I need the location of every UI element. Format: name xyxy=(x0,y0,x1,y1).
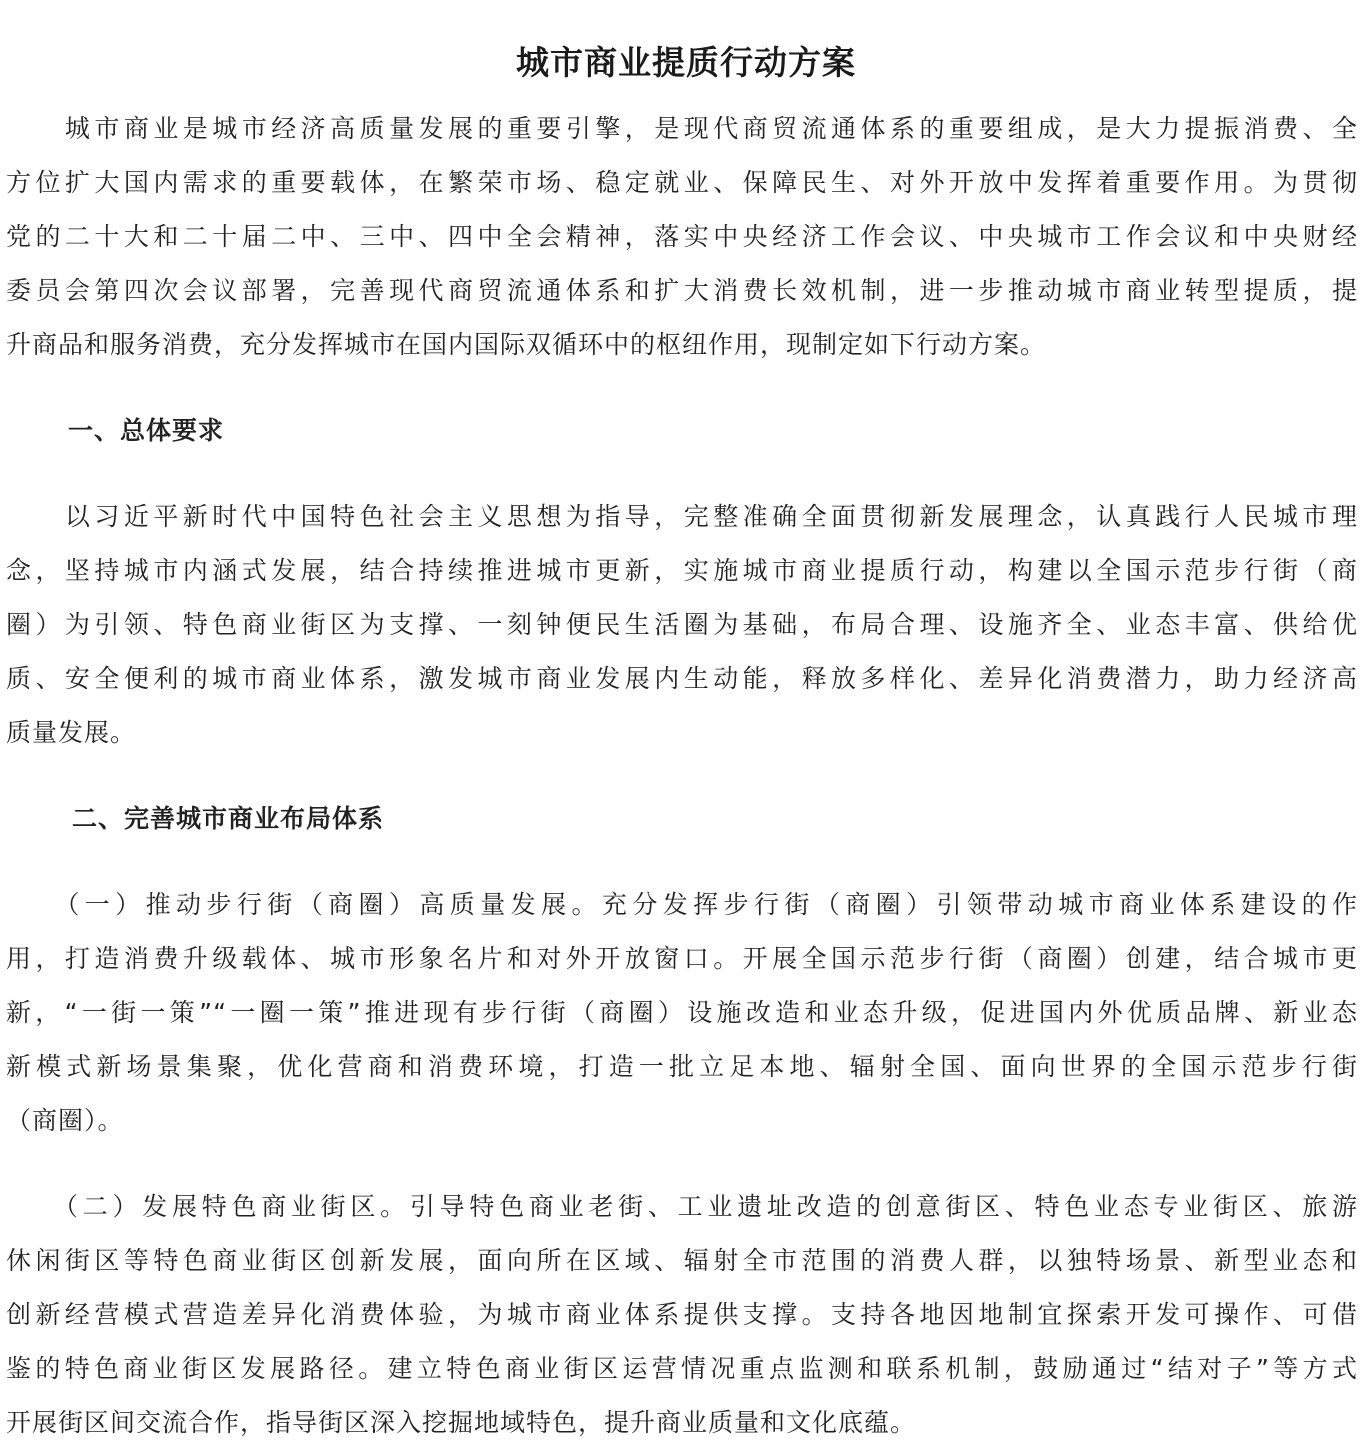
paragraph-line: 新，“一街一策”“一圈一策”推进现有步行街（商圈）设施改造和业态升级，促进国内外… xyxy=(6,986,1358,1040)
paragraph-line: 质、安全便利的城市商业体系，激发城市商业发展内生动能，释放多样化、差异化消费潜力… xyxy=(6,652,1358,706)
featured-commercial-district-paragraph: （二）发展特色商业街区。引导特色商业老街、工业遗址改造的创意街区、特色业态专业街… xyxy=(6,1180,1358,1450)
paragraph-line: 以习近平新时代中国特色社会主义思想为指导，完整准确全面贯彻新发展理念，认真践行人… xyxy=(6,490,1358,544)
paragraph-line: 用，打造消费升级载体、城市形象名片和对外开放窗口。开展全国示范步行街（商圈）创建… xyxy=(6,932,1358,986)
paragraph-line: 圈）为引领、特色商业街区为支撑、一刻钟便民生活圈为基础，布局合理、设施齐全、业态… xyxy=(6,598,1358,652)
pedestrian-street-paragraph: （一）推动步行街（商圈）高质量发展。充分发挥步行街（商圈）引领带动城市商业体系建… xyxy=(6,878,1358,1148)
section-heading-layout-system: 二、完善城市商业布局体系 xyxy=(72,792,384,846)
paragraph-line: 委员会第四次会议部署，完善现代商贸流通体系和扩大消费长效机制，进一步推动城市商业… xyxy=(6,264,1358,318)
paragraph-line: 质量发展。 xyxy=(6,706,1358,760)
document-page: 城市商业提质行动方案 城市商业是城市经济高质量发展的重要引擎，是现代商贸流通体系… xyxy=(0,0,1372,1450)
general-requirements-paragraph: 以习近平新时代中国特色社会主义思想为指导，完整准确全面贯彻新发展理念，认真践行人… xyxy=(6,490,1358,760)
paragraph-line: 城市商业是城市经济高质量发展的重要引擎，是现代商贸流通体系的重要组成，是大力提振… xyxy=(6,102,1358,156)
paragraph-line: 党的二十大和二十届二中、三中、四中全会精神，落实中央经济工作会议、中央城市工作会… xyxy=(6,210,1358,264)
paragraph-line: （一）推动步行街（商圈）高质量发展。充分发挥步行街（商圈）引领带动城市商业体系建… xyxy=(6,878,1358,932)
paragraph-line: 休闲街区等特色商业街区创新发展，面向所在区域、辐射全市范围的消费人群，以独特场景… xyxy=(6,1234,1358,1288)
paragraph-line: （二）发展特色商业街区。引导特色商业老街、工业遗址改造的创意街区、特色业态专业街… xyxy=(6,1180,1358,1234)
paragraph-line: 升商品和服务消费，充分发挥城市在国内国际双循环中的枢纽作用，现制定如下行动方案。 xyxy=(6,318,1358,372)
paragraph-line: 新模式新场景集聚，优化营商和消费环境，打造一批立足本地、辐射全国、面向世界的全国… xyxy=(6,1040,1358,1094)
paragraph-line: 创新经营模式营造差异化消费体验，为城市商业体系提供支撑。支持各地因地制宜探索开发… xyxy=(6,1288,1358,1342)
paragraph-line: 开展街区间交流合作，指导街区深入挖掘地域特色，提升商业质量和文化底蕴。 xyxy=(6,1396,1358,1450)
paragraph-line: 念，坚持城市内涵式发展，结合持续推进城市更新，实施城市商业提质行动，构建以全国示… xyxy=(6,544,1358,598)
intro-paragraph: 城市商业是城市经济高质量发展的重要引擎，是现代商贸流通体系的重要组成，是大力提振… xyxy=(6,102,1358,372)
section-heading-general-requirements: 一、总体要求 xyxy=(68,404,224,458)
paragraph-line: 鉴的特色商业街区发展路径。建立特色商业街区运营情况重点监测和联系机制，鼓励通过“… xyxy=(6,1342,1358,1396)
paragraph-line: （商圈）。 xyxy=(6,1094,1358,1148)
document-title: 城市商业提质行动方案 xyxy=(0,36,1372,90)
paragraph-line: 方位扩大国内需求的重要载体，在繁荣市场、稳定就业、保障民生、对外开放中发挥着重要… xyxy=(6,156,1358,210)
